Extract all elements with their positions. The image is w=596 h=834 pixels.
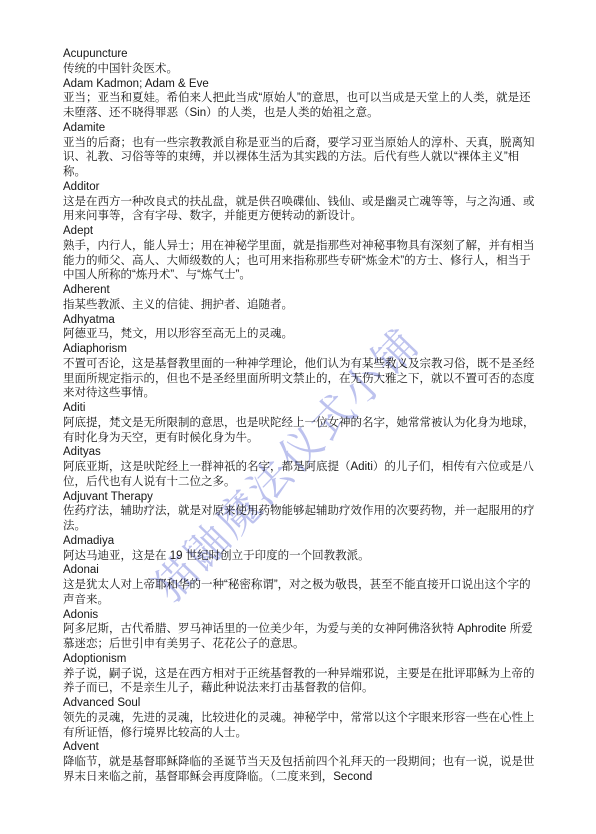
glossary-term: Additor bbox=[63, 180, 539, 195]
glossary-definition: 养子说，嗣子说，这是在西方相对于正统基督教的一种异端邪说，主要是在批评耶稣为上帝… bbox=[63, 667, 539, 697]
glossary-entry: Adamite 亚当的后裔；也有一些宗教教派自称是亚当的后裔，要学习亚当原始人的… bbox=[63, 121, 539, 180]
glossary-entry: Advanced Soul 领先的灵魂，先进的灵魂，比较进化的灵魂。神秘学中，常… bbox=[63, 696, 539, 740]
glossary-entry: Adiaphorism 不置可否论，这是基督教里面的一种神学理论，他们认为有某些… bbox=[63, 342, 539, 401]
glossary-term: Adhyatma bbox=[63, 313, 539, 328]
glossary-term: Aditi bbox=[63, 401, 539, 416]
glossary-term: Adept bbox=[63, 224, 539, 239]
glossary-term: Adjuvant Therapy bbox=[63, 490, 539, 505]
glossary-entry: Acupuncture 传统的中国针灸医术。 bbox=[63, 47, 539, 77]
glossary-entry: Adhyatma 阿德亚马，梵文，用以形容至高无上的灵魂。 bbox=[63, 313, 539, 343]
glossary-entry: Adept 熟手，内行人，能人异士；用在神秘学里面，就是指那些对神秘事物具有深刻… bbox=[63, 224, 539, 283]
glossary-entry: Adoptionism 养子说，嗣子说，这是在西方相对于正统基督教的一种异端邪说… bbox=[63, 652, 539, 696]
glossary-definition: 指某些教派、主义的信徒、拥护者、追随者。 bbox=[63, 298, 539, 313]
glossary-term: Adamite bbox=[63, 121, 539, 136]
glossary-entry: Additor 这是在西方一种改良式的扶乩盘，就是供召唤碟仙、钱仙、或是幽灵亡魂… bbox=[63, 180, 539, 224]
glossary-entry: Adityas 阿底亚斯，这是吠陀经上一群神祇的名字，都是阿底提（Aditi）的… bbox=[63, 445, 539, 489]
glossary-term: Adam Kadmon; Adam & Eve bbox=[63, 77, 539, 92]
glossary-definition: 阿达马迪亚，这是在 19 世纪时创立于印度的一个回教教派。 bbox=[63, 549, 539, 564]
glossary-entry: Adjuvant Therapy 佐药疗法，辅助疗法，就是对原来使用药物能够起辅… bbox=[63, 490, 539, 534]
glossary-entry: Aditi 阿底提，梵文是无所限制的意思，也是吠陀经上一位女神的名字，她常常被认… bbox=[63, 401, 539, 445]
glossary-entry: Advent 降临节，就是基督耶稣降临的圣诞节当天及包括前四个礼拜天的一段期间；… bbox=[63, 740, 539, 784]
glossary-definition: 不置可否论，这是基督教里面的一种神学理论，他们认为有某些教义及宗教习俗，既不是圣… bbox=[63, 357, 539, 401]
glossary-content: Acupuncture 传统的中国针灸医术。 Adam Kadmon; Adam… bbox=[63, 47, 539, 785]
document-page: 猫鼬魔法仪式小铺 Acupuncture 传统的中国针灸医术。 Adam Kad… bbox=[0, 0, 596, 834]
glossary-term: Adoptionism bbox=[63, 652, 539, 667]
glossary-term: Advanced Soul bbox=[63, 696, 539, 711]
glossary-entry: Adonai 这是犹太人对上帝耶和华的一种“秘密称谓”，对之极为敬畏，甚至不能直… bbox=[63, 563, 539, 607]
glossary-term: Advent bbox=[63, 740, 539, 755]
glossary-definition: 阿德亚马，梵文，用以形容至高无上的灵魂。 bbox=[63, 327, 539, 342]
glossary-entry: Adam Kadmon; Adam & Eve 亚当；亚当和夏娃。希伯来人把此当… bbox=[63, 77, 539, 121]
glossary-term: Adherent bbox=[63, 283, 539, 298]
glossary-definition: 阿底亚斯，这是吠陀经上一群神祇的名字，都是阿底提（Aditi）的儿子们，相传有六… bbox=[63, 460, 539, 490]
glossary-definition: 亚当的后裔；也有一些宗教教派自称是亚当的后裔，要学习亚当原始人的淳朴、天真，脱离… bbox=[63, 136, 539, 180]
glossary-term: Adonis bbox=[63, 608, 539, 623]
glossary-entry: Adonis 阿多尼斯，古代希腊、罗马神话里的一位美少年，为爱与美的女神阿佛洛狄… bbox=[63, 608, 539, 652]
glossary-term: Adityas bbox=[63, 445, 539, 460]
glossary-term: Adonai bbox=[63, 563, 539, 578]
glossary-definition: 这是犹太人对上帝耶和华的一种“秘密称谓”，对之极为敬畏，甚至不能直接开口说出这个… bbox=[63, 578, 539, 608]
glossary-definition: 阿底提，梵文是无所限制的意思，也是吠陀经上一位女神的名字，她常常被认为化身为地球… bbox=[63, 416, 539, 446]
glossary-term: Acupuncture bbox=[63, 47, 539, 62]
glossary-definition: 熟手，内行人，能人异士；用在神秘学里面，就是指那些对神秘事物具有深刻了解，并有相… bbox=[63, 239, 539, 283]
glossary-definition: 佐药疗法，辅助疗法，就是对原来使用药物能够起辅助疗效作用的次要药物，并一起服用的… bbox=[63, 504, 539, 534]
glossary-definition: 领先的灵魂，先进的灵魂，比较进化的灵魂。神秘学中，常常以这个字眼来形容一些在心性… bbox=[63, 711, 539, 741]
glossary-definition: 这是在西方一种改良式的扶乩盘，就是供召唤碟仙、钱仙、或是幽灵亡魂等等，与之沟通、… bbox=[63, 195, 539, 225]
glossary-definition: 降临节，就是基督耶稣降临的圣诞节当天及包括前四个礼拜天的一段期间；也有一说，说是… bbox=[63, 755, 539, 785]
glossary-entry: Adherent 指某些教派、主义的信徒、拥护者、追随者。 bbox=[63, 283, 539, 313]
glossary-definition: 阿多尼斯，古代希腊、罗马神话里的一位美少年，为爱与美的女神阿佛洛狄特 Aphro… bbox=[63, 622, 539, 652]
glossary-term: Adiaphorism bbox=[63, 342, 539, 357]
glossary-entry: Admadiya 阿达马迪亚，这是在 19 世纪时创立于印度的一个回教教派。 bbox=[63, 534, 539, 564]
glossary-definition: 亚当；亚当和夏娃。希伯来人把此当成“原始人”的意思，也可以当成是天堂上的人类，就… bbox=[63, 91, 539, 121]
glossary-definition: 传统的中国针灸医术。 bbox=[63, 62, 539, 77]
glossary-term: Admadiya bbox=[63, 534, 539, 549]
